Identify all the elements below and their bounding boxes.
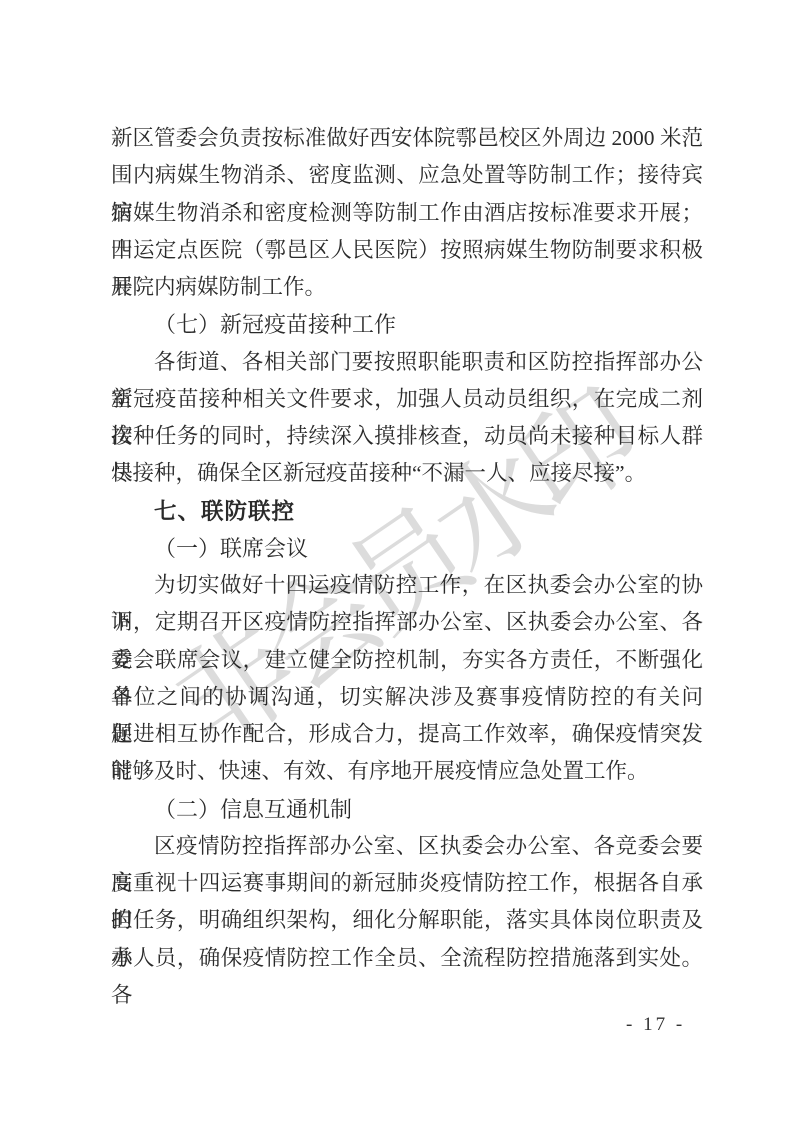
body-text-line: 委会联席会议，建立健全防控机制，夯实各方责任，不断强化各 — [111, 642, 703, 679]
body-text-line: 办人员，确保疫情防控工作全员、全流程防控措施落到实处。各 — [111, 940, 703, 977]
document-page: 非会员水印 新区管委会负责按标准做好西安体院鄠邑校区外周边 2000 米范围内病… — [0, 0, 793, 1122]
page-number: - 17 - — [626, 1014, 685, 1036]
body-text-line: 的任务，明确组织架构，细化分解职能，落实具体岗位职责及承 — [111, 902, 703, 939]
document-body: 新区管委会负责按标准做好西安体院鄠邑校区外周边 2000 米范围内病媒生物消杀、… — [111, 120, 703, 977]
body-text-line: 区疫情防控指挥部办公室、区执委会办公室、各竞委会要高 — [111, 828, 703, 865]
body-text-line: 下，定期召开区疫情防控指挥部办公室、区执委会办公室、各竞 — [111, 604, 703, 641]
body-text-line: 能够及时、快速、有效、有序地开展疫情应急处置工作。 — [111, 753, 703, 790]
subsection-heading: （一）联席会议 — [111, 530, 703, 567]
body-text-line: 单位之间的协调沟通，切实解决涉及赛事疫情防控的有关问题， — [111, 679, 703, 716]
body-text-line: 为切实做好十四运疫情防控工作，在区执委会办公室的协调 — [111, 567, 703, 604]
body-text-line: 快接种，确保全区新冠疫苗接种“不漏一人、应接尽接”。 — [111, 455, 703, 492]
body-text-line: 度重视十四运赛事期间的新冠肺炎疫情防控工作，根据各自承担 — [111, 865, 703, 902]
body-text-line: 促进相互协作配合，形成合力，提高工作效率，确保疫情突发时 — [111, 716, 703, 753]
body-text-line: 围内病媒生物消杀、密度监测、应急处置等防制工作；接待宾馆 — [111, 157, 703, 194]
body-text-line: 接种任务的同时，持续深入摸排核查，动员尚未接种目标人群尽 — [111, 418, 703, 455]
body-text-line: 各街道、各相关部门要按照职能职责和区防控指挥部办公室 — [111, 344, 703, 381]
body-text-line: 新冠疫苗接种相关文件要求，加强人员动员组织，在完成二剂次 — [111, 381, 703, 418]
subsection-heading: （七）新冠疫苗接种工作 — [111, 306, 703, 343]
body-text-line: 病媒生物消杀和密度检测等防制工作由酒店按标准要求开展；十 — [111, 195, 703, 232]
body-text-line: 展院内病媒防制工作。 — [111, 269, 703, 306]
section-heading: 七、联防联控 — [111, 493, 703, 530]
body-text-line: 新区管委会负责按标准做好西安体院鄠邑校区外周边 2000 米范 — [111, 120, 703, 157]
subsection-heading: （二）信息互通机制 — [111, 791, 703, 828]
body-text-line: 四运定点医院（鄠邑区人民医院）按照病媒生物防制要求积极开 — [111, 232, 703, 269]
